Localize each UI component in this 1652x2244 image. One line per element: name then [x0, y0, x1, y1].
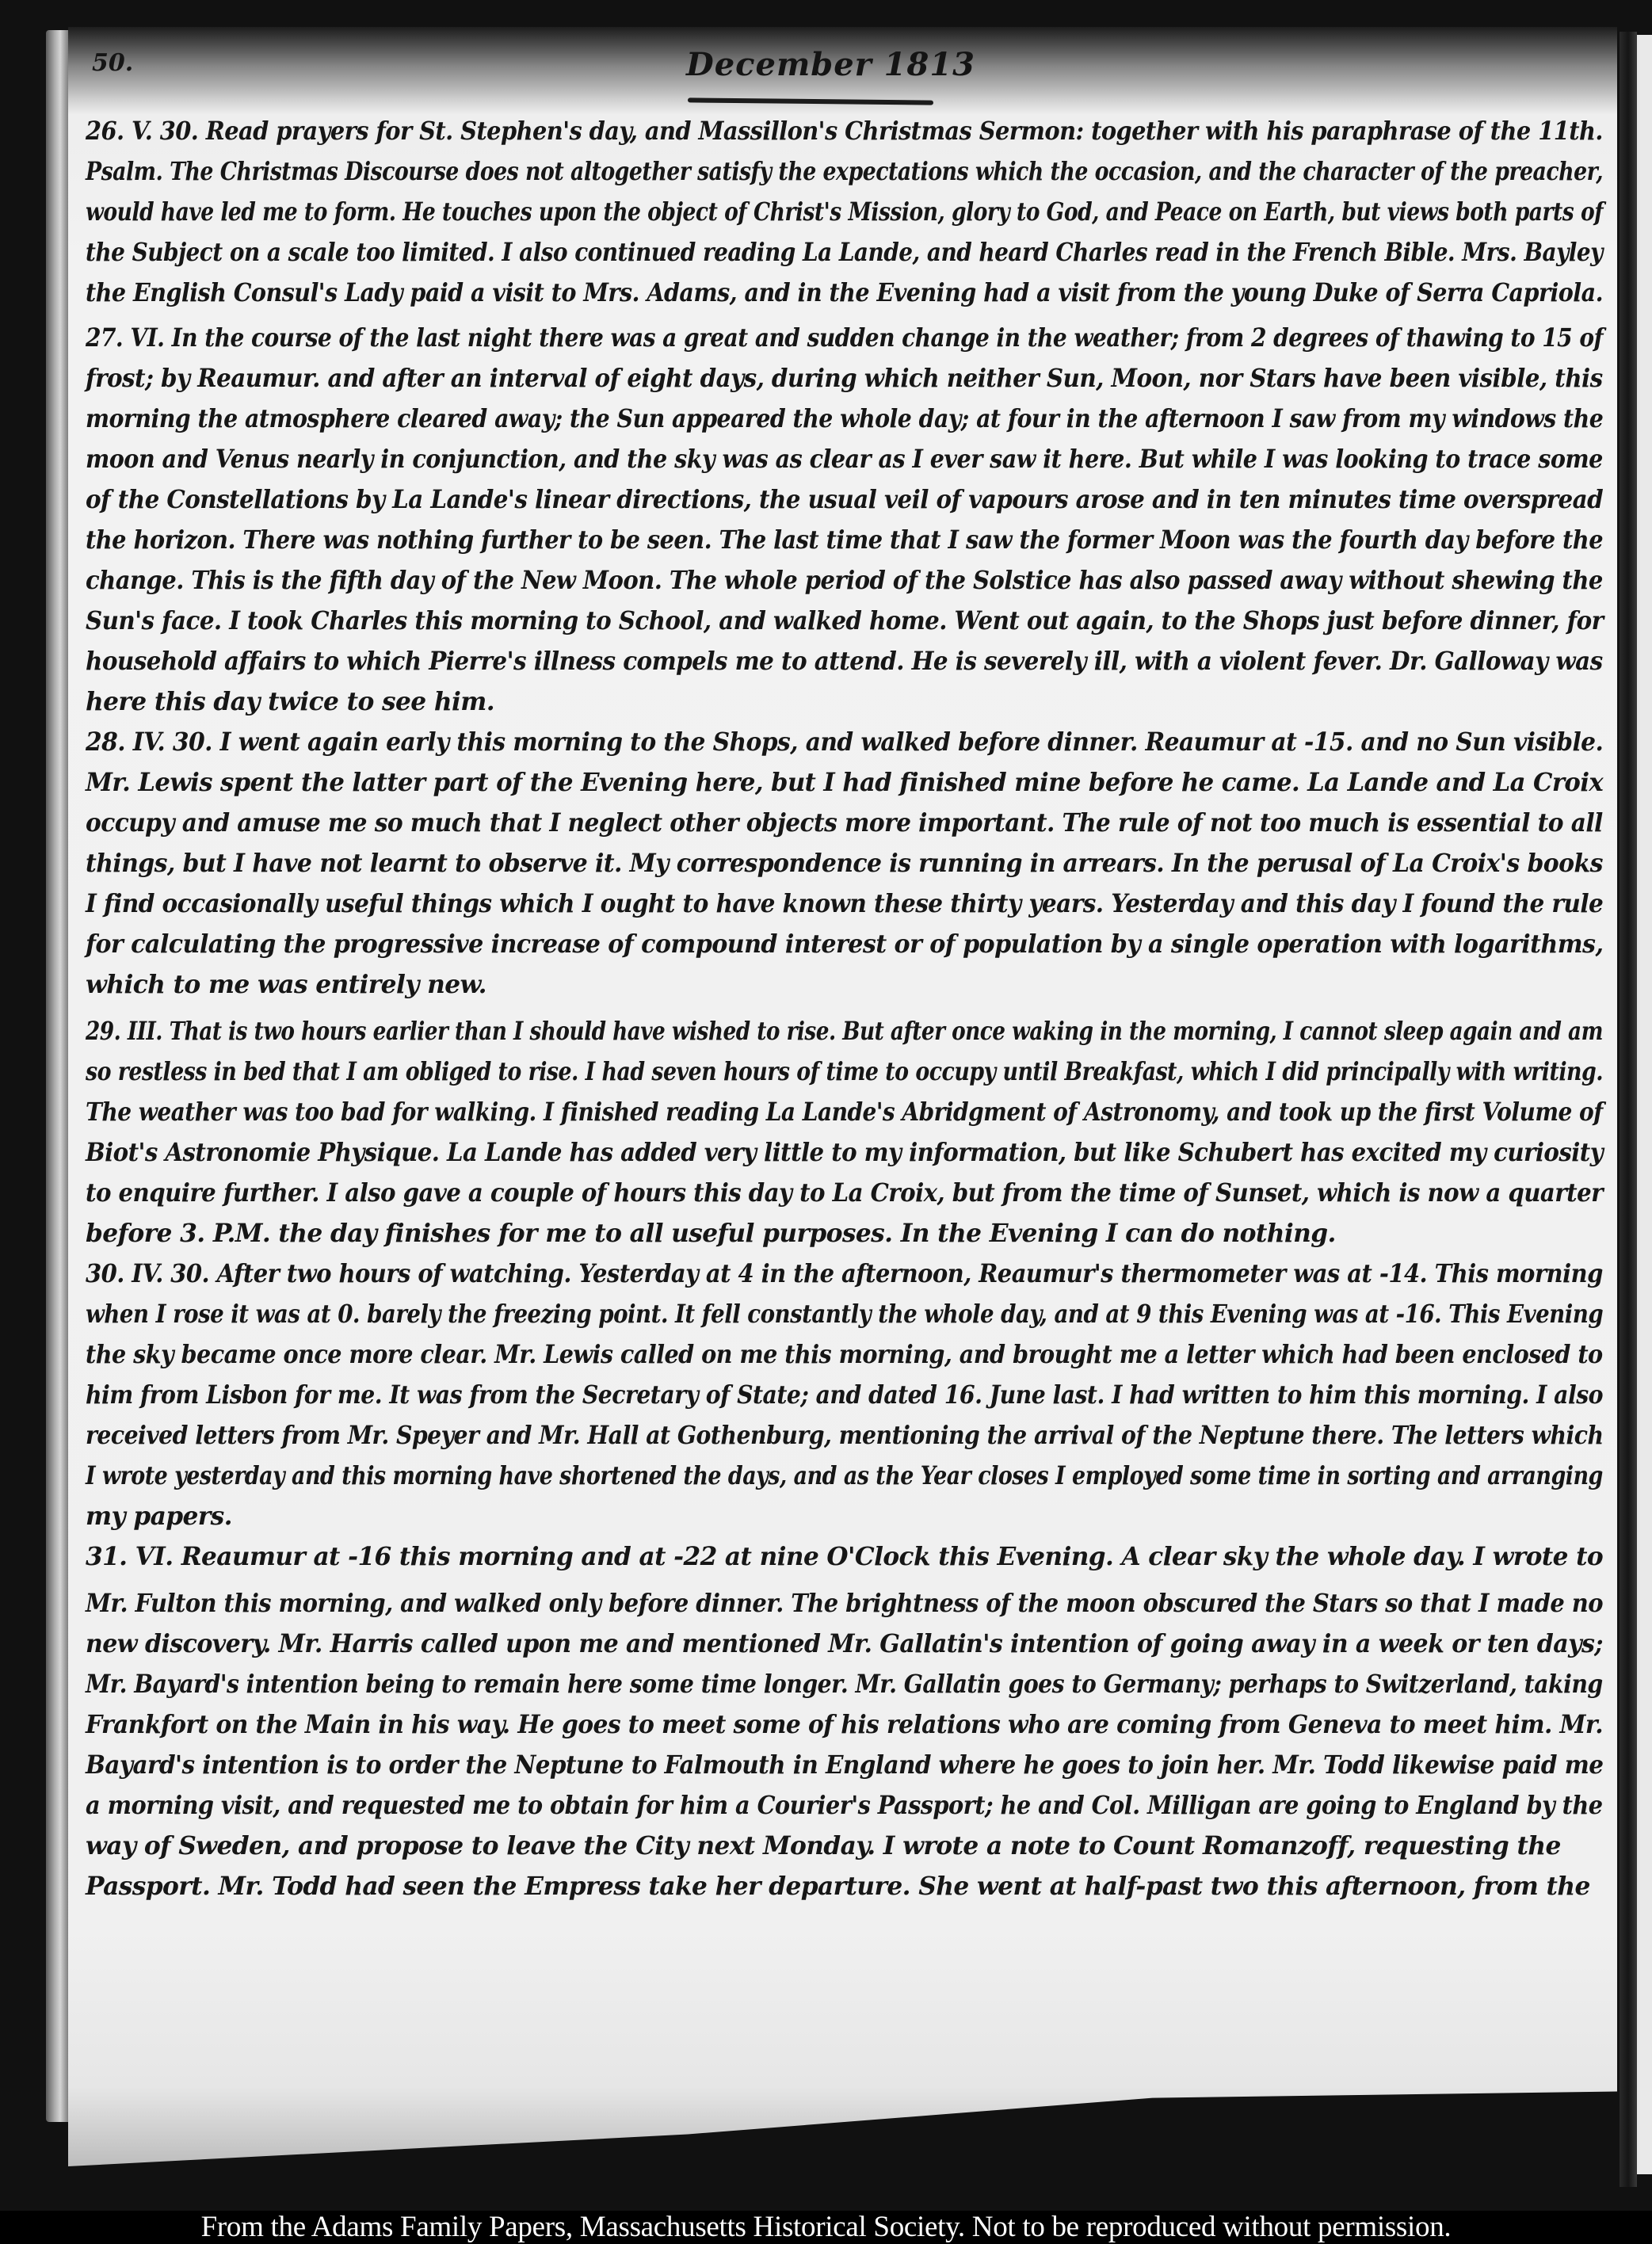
manuscript-line: before 3. P.M. the day finishes for me t…	[86, 1213, 1603, 1254]
page-heading: December 1813	[686, 46, 975, 83]
manuscript-line: 29. III. That is two hours earlier than …	[86, 1011, 1362, 1051]
manuscript-line: I find occasionally useful things which …	[86, 883, 1520, 924]
manuscript-line: 26. V. 30. Read prayers for St. Stephen'…	[86, 111, 1486, 151]
manuscript-line: 31. VI. Reaumur at -16 this morning and …	[86, 1536, 1598, 1577]
manuscript-line: my papers.	[86, 1496, 1603, 1536]
manuscript-line: 30. IV. 30. After two hours of watching.…	[86, 1254, 1493, 1294]
manuscript-line: occupy and amuse me so much that I negle…	[86, 803, 1524, 843]
manuscript-line: Sun's face. I took Charles this morning …	[86, 601, 1508, 641]
manuscript-line: of the Constellations by La Lande's line…	[86, 479, 1512, 520]
manuscript-line: Bayard's intention is to order the Neptu…	[86, 1745, 1517, 1785]
manuscript-line: when I rose it was at 0. barely the free…	[86, 1294, 1429, 1334]
left-binding-edge	[46, 30, 70, 2122]
manuscript-line: the English Consul's Lady paid a visit t…	[86, 273, 1474, 313]
manuscript-line: here this day twice to see him.	[86, 681, 1603, 722]
manuscript-line: frost; by Reaumur. and after an interval…	[86, 358, 1513, 399]
manuscript-line: the Subject on a scale too limited. I al…	[86, 232, 1441, 273]
manuscript-line: new discovery. Mr. Harris called upon me…	[86, 1624, 1544, 1664]
copyright-caption: From the Adams Family Papers, Massachuse…	[0, 2211, 1652, 2244]
manuscript-line: way of Sweden, and propose to leave the …	[86, 1826, 1603, 1866]
manuscript-line: Psalm. The Christmas Discourse does not …	[86, 151, 1385, 192]
manuscript-line: the sky became once more clear. Mr. Lewi…	[86, 1334, 1477, 1375]
diary-text: 26. V. 30. Read prayers for St. Stephen'…	[86, 111, 1615, 1906]
manuscript-line: change. This is the fifth day of the New…	[86, 560, 1495, 601]
manuscript-line: Frankfort on the Main in his way. He goe…	[86, 1704, 1529, 1745]
manuscript-line: Biot's Astronomie Physique. La Lande has…	[86, 1132, 1504, 1173]
page-number: 50.	[92, 49, 133, 77]
manuscript-line: received letters from Mr. Speyer and Mr.…	[86, 1415, 1460, 1456]
manuscript-line: the horizon. There was nothing further t…	[86, 520, 1485, 560]
manuscript-line: Passport. Mr. Todd had seen the Empress …	[86, 1866, 1603, 1906]
manuscript-line: so restless in bed that I am obliged to …	[86, 1051, 1387, 1092]
manuscript-line: to enquire further. I also gave a couple…	[86, 1173, 1505, 1213]
manuscript-line: household affairs to which Pierre's illn…	[86, 641, 1513, 681]
right-binding-gutter	[1620, 32, 1637, 2187]
manuscript-line: 28. IV. 30. I went again early this morn…	[86, 722, 1528, 762]
manuscript-line: Mr. Lewis spent the latter part of the E…	[86, 762, 1576, 803]
manuscript-line: The weather was too bad for walking. I f…	[86, 1092, 1447, 1132]
manuscript-line: would have led me to form. He touches up…	[86, 192, 1375, 232]
manuscript-line: Mr. Fulton this morning, and walked only…	[86, 1583, 1490, 1624]
manuscript-line: 27. VI. In the course of the last night …	[86, 318, 1446, 358]
manuscript-line: things, but I have not learnt to observe…	[86, 843, 1536, 883]
adjacent-page-edge	[1637, 35, 1652, 2174]
manuscript-line: which to me was entirely new.	[86, 964, 1603, 1005]
manuscript-line: him from Lisbon for me. It was from the …	[86, 1375, 1460, 1415]
manuscript-line: morning the atmosphere cleared away; the…	[86, 399, 1464, 439]
manuscript-line: Mr. Bayard's intention being to remain h…	[86, 1664, 1460, 1704]
manuscript-line: a morning visit, and requested me to obt…	[86, 1785, 1482, 1826]
manuscript-line: moon and Venus nearly in conjunction, an…	[86, 439, 1475, 479]
manuscript-line: I wrote yesterday and this morning have …	[86, 1456, 1393, 1496]
manuscript-line: for calculating the progressive increase…	[86, 924, 1548, 964]
